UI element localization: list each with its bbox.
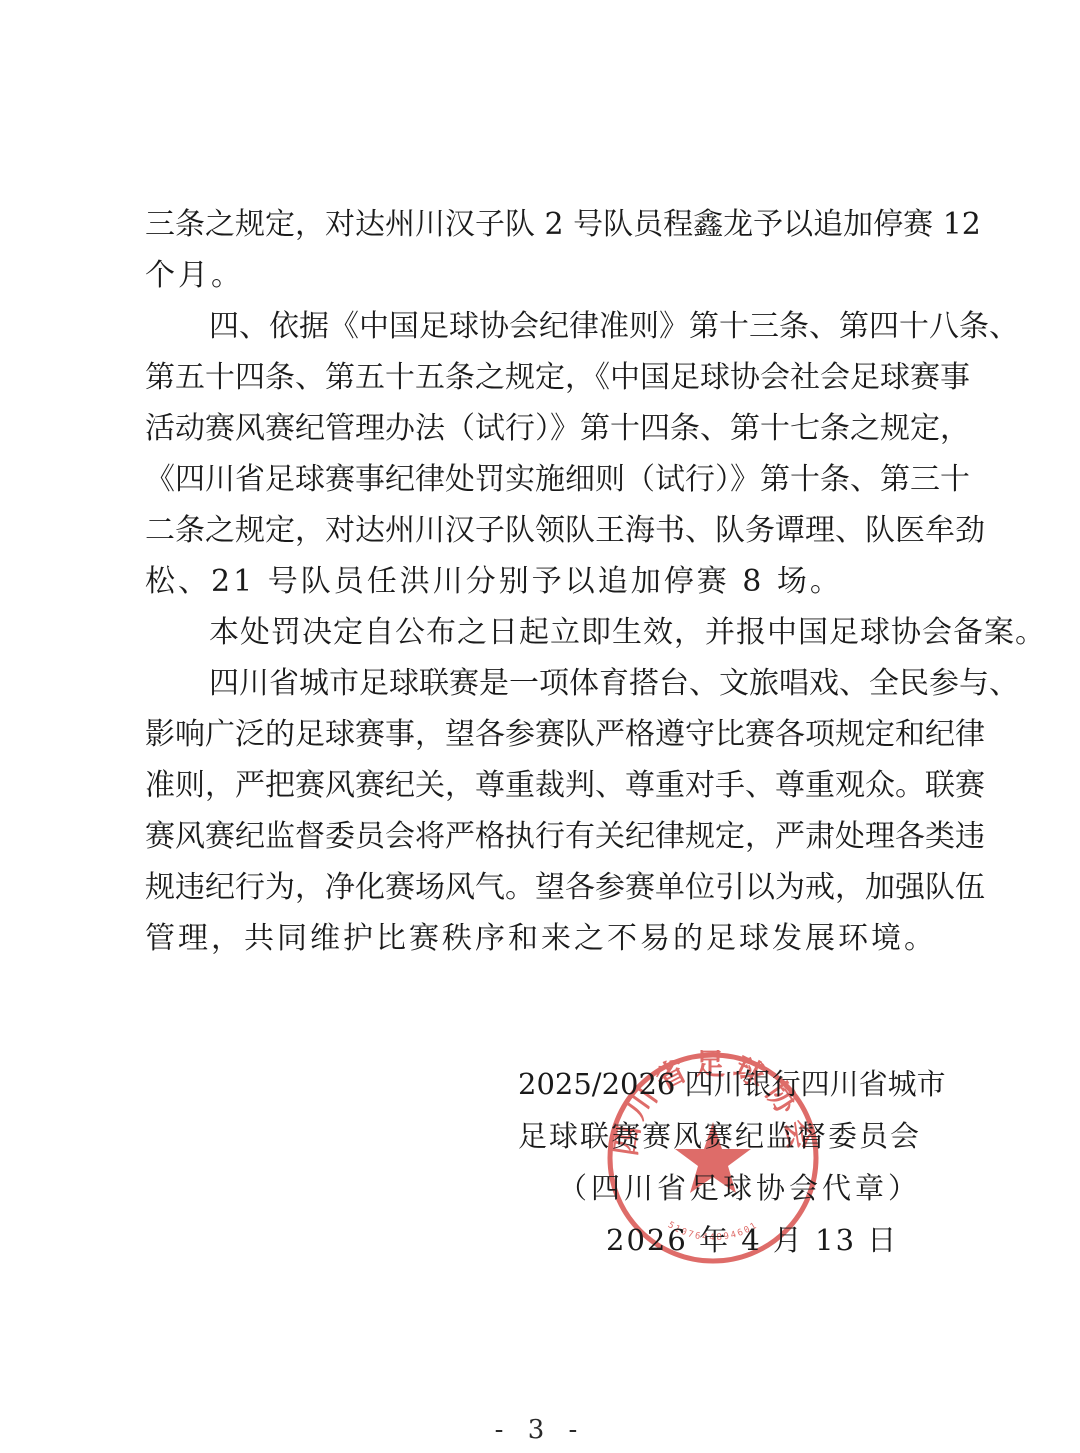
text-line: 赛风赛纪监督委员会将严格执行有关纪律规定，严肃处理各类违 (145, 811, 945, 862)
text-line: 规违纪行为，净化赛场风气。望各参赛单位引以为戒，加强队伍 (145, 862, 945, 913)
signature-organization-line-2: 足球联赛赛风赛纪监督委员会 (510, 1110, 930, 1162)
text-line: 第五十四条、第五十五条之规定，《中国足球协会社会足球赛事 (145, 352, 945, 403)
text-line: 《四川省足球赛事纪律处罚实施细则（试行）》第十条、第三十 (145, 454, 945, 505)
text-line: 准则，严把赛风赛纪关，尊重裁判、尊重对手、尊重观众。联赛 (145, 760, 945, 811)
document-page: 三条之规定，对达州川汉子队 2 号队员程鑫龙予以追加停赛 12 个月。 四、依据… (0, 0, 1080, 1453)
page-number: - 3 - (0, 1415, 1080, 1445)
document-body: 三条之规定，对达州川汉子队 2 号队员程鑫龙予以追加停赛 12 个月。 四、依据… (145, 199, 945, 964)
text-line: 二条之规定，对达州川汉子队领队王海书、队务谭理、队医牟劲 (145, 505, 945, 556)
text-line: 四、依据《中国足球协会纪律准则》第十三条、第四十八条、 (145, 301, 945, 352)
signature-block: 2025/2026 四川银行四川省城市 足球联赛赛风赛纪监督委员会 （四川省足球… (510, 1058, 930, 1266)
text-line: 三条之规定，对达州川汉子队 2 号队员程鑫龙予以追加停赛 12 (145, 199, 945, 250)
signature-organization-line-1: 2025/2026 四川银行四川省城市 (510, 1058, 930, 1110)
signature-date: 2026 年 4 月 13 日 (510, 1214, 930, 1266)
text-line: 管理，共同维护比赛秩序和来之不易的足球发展环境。 (145, 913, 945, 964)
signature-seal-note: （四川省足球协会代章） (510, 1162, 930, 1214)
text-line: 个月。 (145, 250, 945, 301)
text-line: 活动赛风赛纪管理办法（试行）》第十四条、第十七条之规定， (145, 403, 945, 454)
text-line: 松、21 号队员任洪川分别予以追加停赛 8 场。 (145, 556, 945, 607)
text-line: 影响广泛的足球赛事，望各参赛队严格遵守比赛各项规定和纪律 (145, 709, 945, 760)
text-line: 本处罚决定自公布之日起立即生效，并报中国足球协会备案。 (145, 607, 945, 658)
text-line: 四川省城市足球联赛是一项体育搭台、文旅唱戏、全民参与、 (145, 658, 945, 709)
